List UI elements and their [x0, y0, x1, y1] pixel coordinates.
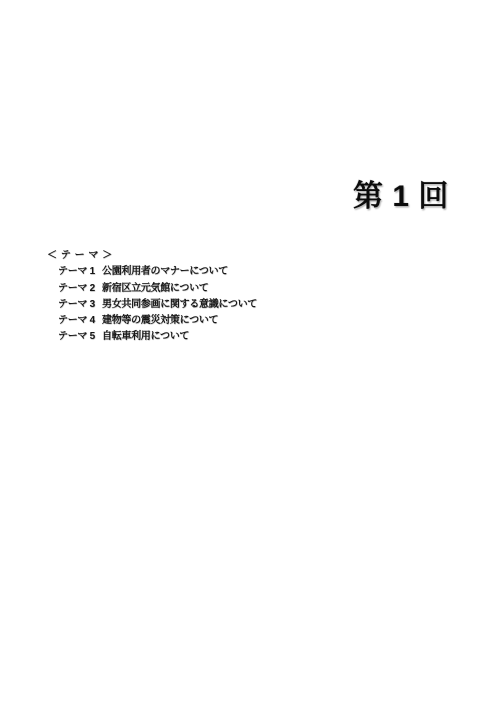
theme-label: テーマ 5	[58, 329, 102, 345]
theme-text: 男女共同参画に関する意識について	[102, 297, 257, 313]
document-page: 第 1 回 ＜テーマ＞ テーマ 1 公園利用者のマナーについて テーマ 2 新宿…	[0, 0, 496, 702]
theme-label: テーマ 3	[58, 297, 102, 313]
theme-row: テーマ 2 新宿区立元気館について	[58, 281, 257, 297]
theme-label: テーマ 4	[58, 313, 102, 329]
theme-text: 建物等の震災対策について	[102, 313, 218, 329]
session-title: 第 1 回	[353, 181, 449, 213]
theme-text: 公園利用者のマナーについて	[102, 264, 228, 280]
theme-row: テーマ 4 建物等の震災対策について	[58, 313, 257, 329]
theme-label: テーマ 1	[58, 264, 102, 280]
theme-text: 自転車利用について	[102, 329, 189, 345]
theme-row: テーマ 3 男女共同参画に関する意識について	[58, 297, 257, 313]
theme-row: テーマ 1 公園利用者のマナーについて	[58, 264, 257, 280]
theme-label: テーマ 2	[58, 281, 102, 297]
theme-text: 新宿区立元気館について	[102, 281, 209, 297]
themes-section: ＜テーマ＞ テーマ 1 公園利用者のマナーについて テーマ 2 新宿区立元気館に…	[47, 248, 257, 346]
theme-row: テーマ 5 自転車利用について	[58, 329, 257, 345]
themes-heading: ＜テーマ＞	[47, 248, 257, 264]
